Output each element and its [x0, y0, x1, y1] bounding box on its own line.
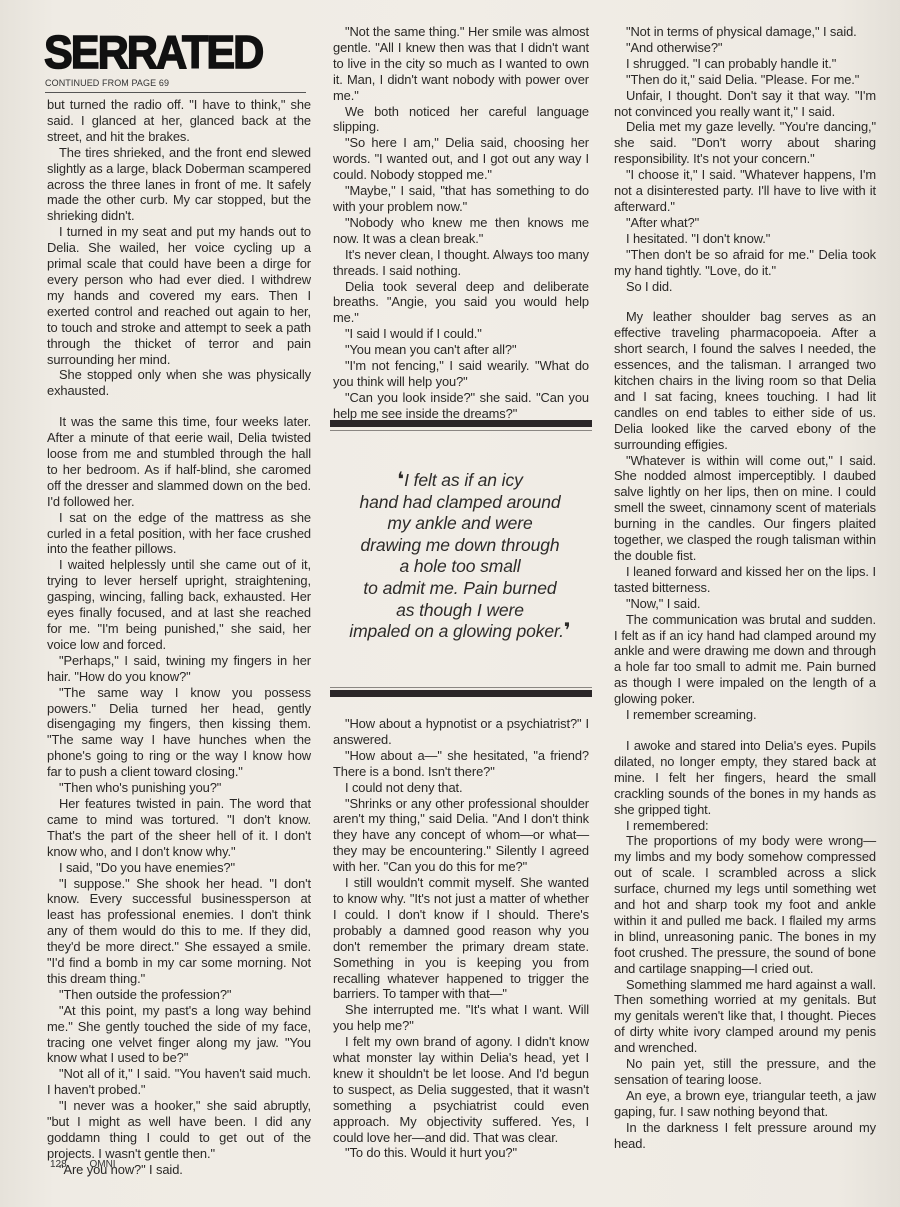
paragraph: I said, "Do you have enemies?" — [47, 860, 311, 876]
paragraph: "So here I am," Delia said, choosing her… — [333, 135, 589, 183]
paragraph: "I said I would if I could." — [333, 326, 589, 342]
column-2-bottom: "How about a hypnotist or a psychiatrist… — [333, 716, 589, 1161]
magazine-name: OMNI — [89, 1159, 115, 1170]
paragraph: I leaned forward and kissed her on the l… — [614, 564, 876, 596]
paragraph: "Maybe," I said, "that has something to … — [333, 183, 589, 215]
paragraph: We both noticed her careful language sli… — [333, 104, 589, 136]
paragraph: It was the same this time, four weeks la… — [47, 414, 311, 509]
magazine-page: SERRATED CONTINUED FROM PAGE 69 but turn… — [0, 0, 900, 1207]
close-quote-icon: ❜ — [564, 620, 571, 642]
paragraph: I turned in my seat and put my hands out… — [47, 224, 311, 367]
paragraph: Delia met my gaze levelly. "You're danci… — [614, 119, 876, 167]
pull-quote-top-rule — [330, 430, 592, 431]
paragraph: "Nobody who knew me then knows me now. I… — [333, 215, 589, 247]
paragraph: "Whatever is within will come out," I sa… — [614, 453, 876, 564]
paragraph: The tires shrieked, and the front end sl… — [47, 145, 311, 225]
paragraph: "After what?" — [614, 215, 876, 231]
header-rule — [45, 92, 306, 93]
paragraph: Something slammed me hard against a wall… — [614, 977, 876, 1057]
paragraph: "Now," I said. — [614, 596, 876, 612]
paragraph: "And otherwise?" — [614, 40, 876, 56]
pull-quote: ❛I felt as if an icy hand had clamped ar… — [335, 470, 585, 643]
paragraph: So I did. — [614, 279, 876, 295]
paragraph: I sat on the edge of the mattress as she… — [47, 510, 311, 558]
page-number: 128 — [50, 1159, 67, 1170]
paragraph: She stopped only when she was physically… — [47, 367, 311, 399]
paragraph: "I never was a hooker," she said abruptl… — [47, 1098, 311, 1162]
paragraph: The communication was brutal and sudden.… — [614, 612, 876, 707]
paragraph: I remember screaming. — [614, 707, 876, 723]
pull-quote-top-bar — [330, 420, 592, 427]
paragraph: In the darkness I felt pressure around m… — [614, 1120, 876, 1152]
paragraph: I awoke and stared into Delia's eyes. Pu… — [614, 738, 876, 818]
paragraph: "Not the same thing." Her smile was almo… — [333, 24, 589, 104]
paragraph: "At this point, my past's a long way beh… — [47, 1003, 311, 1067]
paragraph: Her features twisted in pain. The word t… — [47, 796, 311, 860]
paragraph: I waited helplessly until she came out o… — [47, 557, 311, 652]
paragraph: My leather shoulder bag serves as an eff… — [614, 309, 876, 452]
paragraph: No pain yet, still the pressure, and the… — [614, 1056, 876, 1088]
paragraph: "You mean you can't after all?" — [333, 342, 589, 358]
paragraph: "Shrinks or any other professional shoul… — [333, 796, 589, 876]
column-2-top: "Not the same thing." Her smile was almo… — [333, 24, 589, 422]
paragraph: I shrugged. "I can probably handle it." — [614, 56, 876, 72]
paragraph: "I'm not fencing," I said wearily. "What… — [333, 358, 589, 390]
paragraph: I could not deny that. — [333, 780, 589, 796]
paragraph: "Then outside the profession?" — [47, 987, 311, 1003]
paragraph: "The same way I know you possess powers.… — [47, 685, 311, 780]
paragraph: "Then don't be so afraid for me." Delia … — [614, 247, 876, 279]
column-3: "Not in terms of physical damage," I sai… — [614, 24, 876, 1152]
paragraph: It's never clean, I thought. Always too … — [333, 247, 589, 279]
paragraph: "Then who's punishing you?" — [47, 780, 311, 796]
page-footer: 128 OMNI — [50, 1159, 136, 1170]
paragraph: Unfair, I thought. Don't say it that way… — [614, 88, 876, 120]
paragraph: "Not in terms of physical damage," I sai… — [614, 24, 876, 40]
story-title: SERRATED — [44, 30, 262, 76]
paragraph: Delia took several deep and deliberate b… — [333, 279, 589, 327]
paragraph: but turned the radio off. "I have to thi… — [47, 97, 311, 145]
paragraph: "Then do it," said Delia. "Please. For m… — [614, 72, 876, 88]
continued-from-label: CONTINUED FROM PAGE 69 — [45, 78, 169, 88]
paragraph: The proportions of my body were wrong—my… — [614, 833, 876, 976]
pull-quote-bottom-rule — [330, 687, 592, 688]
paragraph: I remembered: — [614, 818, 876, 834]
paragraph: "To do this. Would it hurt you?" — [333, 1145, 589, 1161]
paragraph: "How about a—" she hesitated, "a friend?… — [333, 748, 589, 780]
paragraph: "I suppose." She shook her head. "I don'… — [47, 876, 311, 987]
paragraph: She interrupted me. "It's what I want. W… — [333, 1002, 589, 1034]
paragraph: "Perhaps," I said, twining my fingers in… — [47, 653, 311, 685]
paragraph: "How about a hypnotist or a psychiatrist… — [333, 716, 589, 748]
pull-quote-bottom-bar — [330, 690, 592, 697]
paragraph: "Not all of it," I said. "You haven't sa… — [47, 1066, 311, 1098]
paragraph: I felt my own brand of agony. I didn't k… — [333, 1034, 589, 1145]
paragraph: I still wouldn't commit myself. She want… — [333, 875, 589, 1002]
paragraph: I hesitated. "I don't know." — [614, 231, 876, 247]
paragraph: "Can you look inside?" she said. "Can yo… — [333, 390, 589, 422]
paragraph: An eye, a brown eye, triangular teeth, a… — [614, 1088, 876, 1120]
paragraph: "I choose it," I said. "Whatever happens… — [614, 167, 876, 215]
